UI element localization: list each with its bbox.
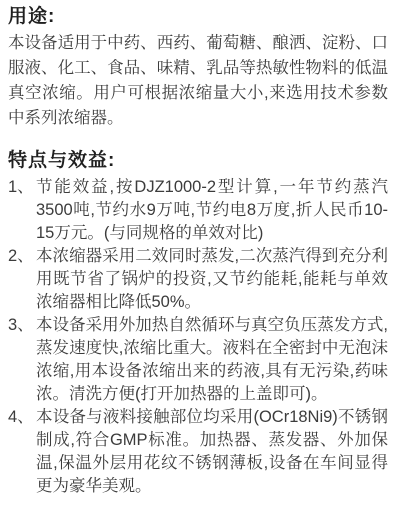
list-item-marker: 1、 bbox=[8, 176, 36, 245]
document-page: 用途: 本设备适用于中药、西药、葡萄糖、酿洒、淀粉、口服液、化工、食品、味精、乳… bbox=[0, 0, 397, 523]
list-item-marker: 2、 bbox=[8, 245, 36, 314]
features-heading: 特点与效益: bbox=[8, 149, 388, 173]
list-item-text: 本浓缩器采用二效同时蒸发,二次蒸汽得到充分利用既节省了锅炉的投资,又节约能耗,能… bbox=[36, 245, 388, 314]
features-list: 1、 节能效益,按DJZ1000-2型计算,一年节约蒸汽3500吨,节约水9万吨… bbox=[8, 176, 388, 498]
list-item: 4、 本设备与液料接触部位均采用(OCr18Ni9)不锈钢制成,符合GMP标准。… bbox=[8, 406, 388, 498]
usage-heading: 用途: bbox=[8, 5, 388, 29]
list-item-marker: 3、 bbox=[8, 314, 36, 406]
list-item-text: 本设备与液料接触部位均采用(OCr18Ni9)不锈钢制成,符合GMP标准。加热器… bbox=[36, 406, 388, 498]
usage-paragraph: 本设备适用于中药、西药、葡萄糖、酿洒、淀粉、口服液、化工、食品、味精、乳品等热敏… bbox=[8, 31, 388, 131]
list-item-marker: 4、 bbox=[8, 406, 36, 498]
features-section: 特点与效益: 1、 节能效益,按DJZ1000-2型计算,一年节约蒸汽3500吨… bbox=[8, 149, 388, 498]
list-item-text: 节能效益,按DJZ1000-2型计算,一年节约蒸汽3500吨,节约水9万吨,节约… bbox=[36, 176, 388, 245]
list-item-text: 本设备采用外加热自然循环与真空负压蒸发方式,蒸发速度快,浓缩比重大。液料在全密封… bbox=[36, 314, 388, 406]
list-item: 2、 本浓缩器采用二效同时蒸发,二次蒸汽得到充分利用既节省了锅炉的投资,又节约能… bbox=[8, 245, 388, 314]
list-item: 3、 本设备采用外加热自然循环与真空负压蒸发方式,蒸发速度快,浓缩比重大。液料在… bbox=[8, 314, 388, 406]
usage-section: 用途: 本设备适用于中药、西药、葡萄糖、酿洒、淀粉、口服液、化工、食品、味精、乳… bbox=[8, 5, 388, 131]
list-item: 1、 节能效益,按DJZ1000-2型计算,一年节约蒸汽3500吨,节约水9万吨… bbox=[8, 176, 388, 245]
